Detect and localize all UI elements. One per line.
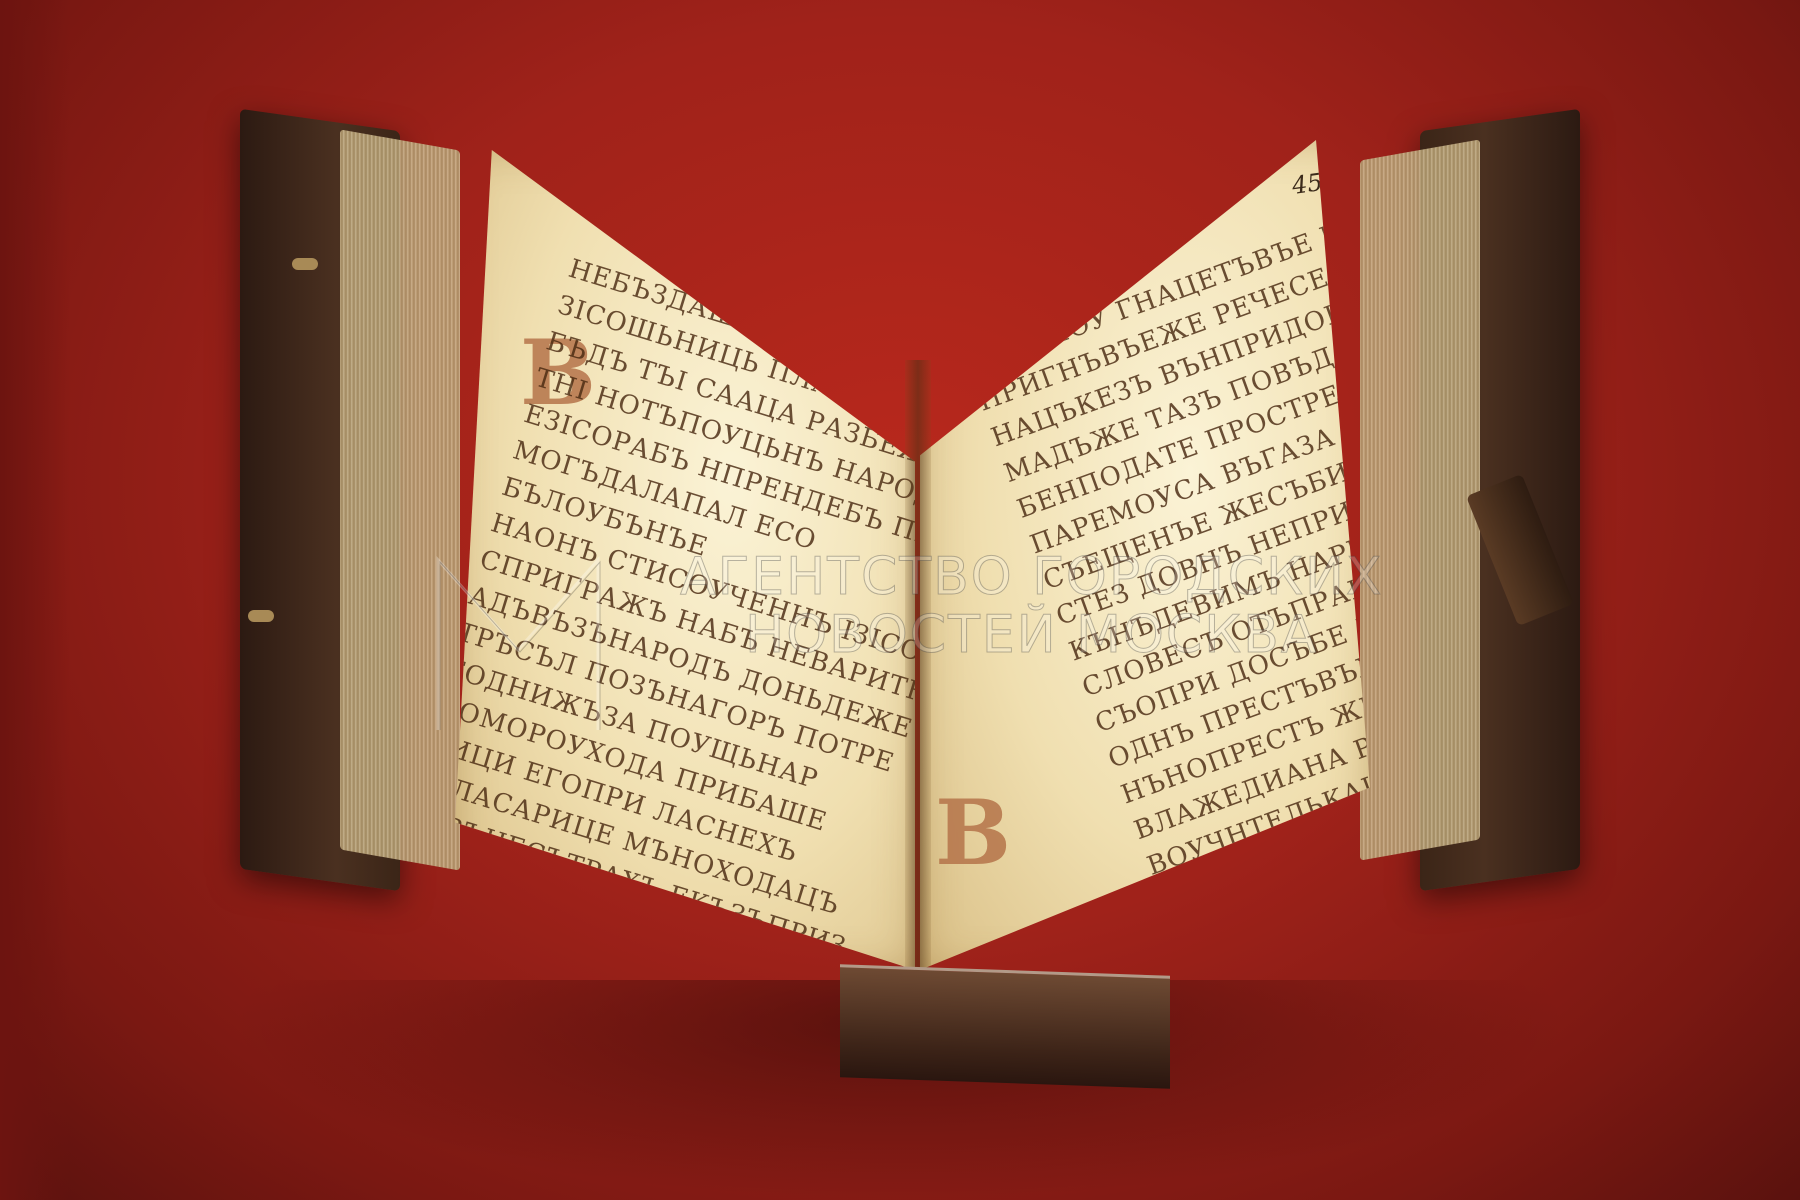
watermark: АГЕНТСТВО ГОРОДСКИХ НОВОСТЕЙ МОСКВА <box>680 548 1384 664</box>
page-edges-right <box>1360 139 1480 860</box>
display-stand <box>840 964 1170 1089</box>
watermark-line-2: НОВОСТЕЙ МОСКВА <box>680 606 1384 664</box>
book-gutter <box>905 360 931 980</box>
illuminated-initial: В <box>935 780 1011 886</box>
photo-scene: В НЕБЪЗДАША НЪЗЕБЪІТЪ ІСОУ ІЕРОУХ ЗІСОШЬ… <box>0 0 1800 1200</box>
metal-pin-bottom <box>248 610 274 622</box>
page-edges-left <box>340 129 460 870</box>
metal-pin-top <box>292 258 318 270</box>
background-vignette <box>0 0 70 1200</box>
page-number: 45 <box>1290 168 1324 200</box>
watermark-line-1: АГЕНТСТВО ГОРОДСКИХ <box>680 548 1384 606</box>
watermark-logo-icon <box>428 540 608 740</box>
